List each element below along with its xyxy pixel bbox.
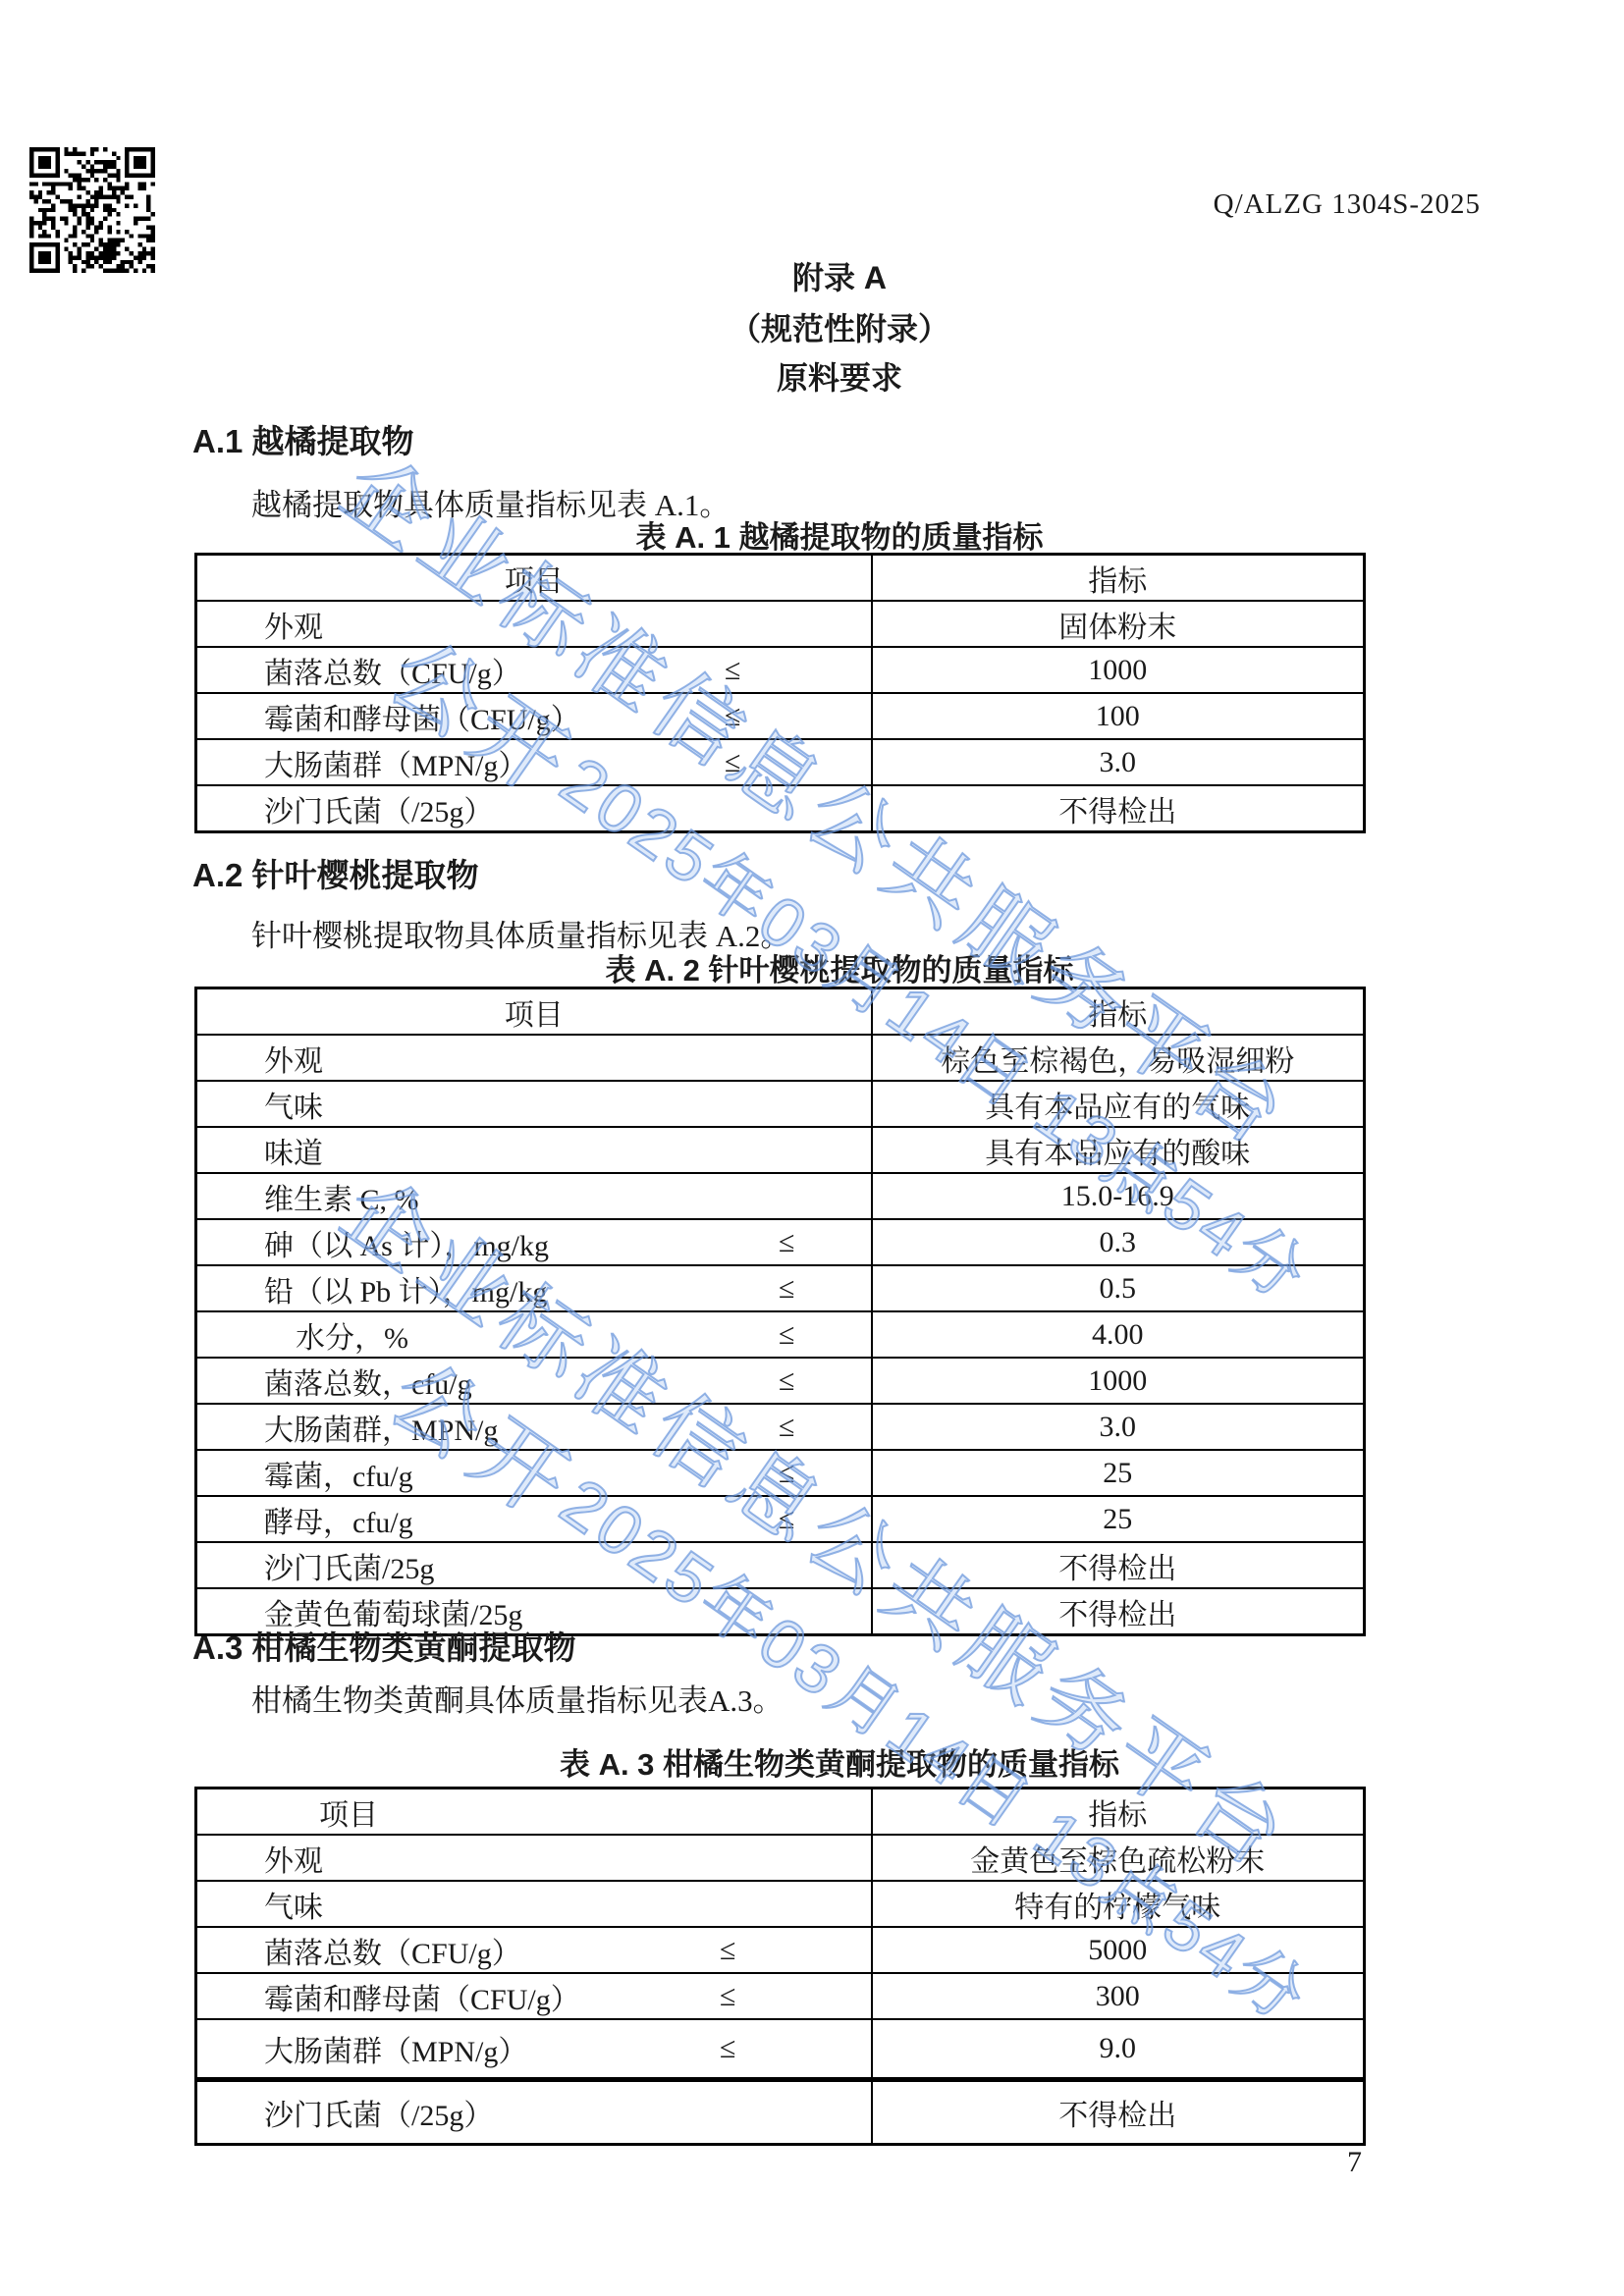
table-header-row: 项目 指标 (196, 988, 1365, 1036)
row-item: 酵母，cfu/g (197, 1498, 413, 1541)
table-row: 酵母，cfu/g≤ 25 (196, 1496, 1365, 1542)
table-row: 霉菌，cfu/g≤ 25 (196, 1450, 1365, 1496)
row-value: 100 (872, 693, 1365, 739)
table-row: 沙门氏菌/25g 不得检出 (196, 1542, 1365, 1588)
row-item: 霉菌和酵母菌（CFU/g） (197, 695, 580, 738)
table-row: 菌落总数，cfu/g≤ 1000 (196, 1358, 1365, 1404)
row-value: 0.5 (872, 1265, 1365, 1311)
document-number: Q/ALZG 1304S-2025 (1214, 188, 1481, 221)
row-item: 味道 (197, 1129, 323, 1172)
relation-symbol: ≤ (720, 1980, 735, 2013)
row-item: 外观 (197, 1037, 323, 1080)
relation-symbol: ≤ (779, 1457, 794, 1490)
page-number: 7 (1347, 2146, 1362, 2179)
row-value: 具有本品应有的酸味 (872, 1127, 1365, 1173)
table-row: 维生素 C, % 15.0-16.9 (196, 1173, 1365, 1219)
table-row: 外观 固体粉末 (196, 601, 1365, 647)
relation-symbol: ≤ (720, 1934, 735, 1967)
relation-symbol: ≤ (725, 654, 740, 687)
column-header-value: 指标 (872, 555, 1365, 602)
table-header-row: 项目 指标 (196, 1789, 1365, 1836)
row-value: 棕色至棕褐色，易吸湿细粉 (872, 1035, 1365, 1081)
row-item: 菌落总数（CFU/g） (197, 1929, 521, 1972)
table-row: 大肠菌群（MPN/g）≤ 3.0 (196, 739, 1365, 785)
row-value: 不得检出 (872, 1542, 1365, 1588)
row-value: 25 (872, 1496, 1365, 1542)
table-row: 菌落总数（CFU/g）≤ 5000 (196, 1927, 1365, 1973)
row-item: 气味 (197, 1883, 323, 1926)
row-item: 气味 (197, 1083, 323, 1126)
row-value: 3.0 (872, 1404, 1365, 1450)
row-item: 外观 (197, 603, 323, 646)
row-value: 15.0-16.9 (872, 1173, 1365, 1219)
table-row: 菌落总数（CFU/g）≤ 1000 (196, 647, 1365, 693)
table-a2: 项目 指标 外观 棕色至棕褐色，易吸湿细粉 气味 具有本品应有的气味 味道 具有… (194, 987, 1366, 1636)
table-caption-a1: 表 A. 1 越橘提取物的质量指标 (196, 512, 1483, 557)
table-caption-a2: 表 A. 2 针叶樱桃提取物的质量指标 (196, 945, 1483, 989)
row-item: 沙门氏菌/25g (197, 1544, 434, 1587)
relation-symbol: ≤ (725, 700, 740, 733)
relation-symbol: ≤ (720, 2032, 735, 2065)
row-item: 霉菌和酵母菌（CFU/g） (197, 1975, 580, 2018)
relation-symbol: ≤ (725, 746, 740, 779)
row-value: 25 (872, 1450, 1365, 1496)
row-value: 300 (872, 1973, 1365, 2019)
appendix-topic: 原料要求 (196, 353, 1483, 399)
row-item: 水分，% (197, 1313, 408, 1357)
relation-symbol: ≤ (779, 1364, 794, 1398)
row-value: 特有的柠檬气味 (872, 1881, 1365, 1927)
table-row: 外观 棕色至棕褐色，易吸湿细粉 (196, 1035, 1365, 1081)
row-item: 外观 (197, 1837, 323, 1880)
relation-symbol: ≤ (779, 1226, 794, 1259)
column-header-item: 项目 (196, 555, 872, 602)
row-value: 9.0 (872, 2019, 1365, 2080)
table-row: 大肠菌群（MPN/g）≤ 9.0 (196, 2019, 1365, 2080)
row-value: 金黄色至棕色疏松粉末 (872, 1835, 1365, 1881)
table-row: 外观 金黄色至棕色疏松粉末 (196, 1835, 1365, 1881)
table-row: 水分，%≤ 4.00 (196, 1311, 1365, 1358)
relation-symbol: ≤ (779, 1272, 794, 1306)
row-item: 霉菌，cfu/g (197, 1452, 413, 1495)
row-value: 5000 (872, 1927, 1365, 1973)
table-row: 味道 具有本品应有的酸味 (196, 1127, 1365, 1173)
qr-code (29, 147, 155, 273)
row-item: 大肠菌群（MPN/g） (197, 741, 527, 784)
table-row: 霉菌和酵母菌（CFU/g）≤ 300 (196, 1973, 1365, 2019)
table-a1: 项目 指标 外观 固体粉末 菌落总数（CFU/g）≤ 1000 霉菌和酵母菌（C… (194, 553, 1366, 833)
row-value: 不得检出 (872, 785, 1365, 832)
row-item: 大肠菌群，MPN/g (197, 1406, 498, 1449)
relation-symbol: ≤ (779, 1503, 794, 1536)
table-row: 铅（以 Pb 计），mg/kg≤ 0.5 (196, 1265, 1365, 1311)
row-item: 铅（以 Pb 计），mg/kg (197, 1267, 547, 1310)
row-item: 砷（以 As 计），mg/kg (197, 1221, 549, 1264)
row-value: 不得检出 (872, 2080, 1365, 2145)
row-value: 不得检出 (872, 1588, 1365, 1635)
section-intro-a3: 柑橘生物类黄酮具体质量指标见表A.3。 (251, 1676, 784, 1720)
table-row: 气味 特有的柠檬气味 (196, 1881, 1365, 1927)
row-value: 0.3 (872, 1219, 1365, 1265)
table-row: 大肠菌群，MPN/g≤ 3.0 (196, 1404, 1365, 1450)
row-value: 4.00 (872, 1311, 1365, 1358)
appendix-title: 附录 A (196, 253, 1483, 298)
row-item: 沙门氏菌（/25g） (197, 787, 493, 830)
row-value: 具有本品应有的气味 (872, 1081, 1365, 1127)
column-header-value: 指标 (872, 1789, 1365, 1836)
relation-symbol: ≤ (779, 1318, 794, 1352)
row-value: 固体粉末 (872, 601, 1365, 647)
column-header-item: 项目 (196, 988, 872, 1036)
table-row: 沙门氏菌（/25g） 不得检出 (196, 2080, 1365, 2145)
section-heading-a1: A.1 越橘提取物 (192, 416, 414, 462)
section-heading-a2: A.2 针叶樱桃提取物 (192, 850, 479, 896)
document-page: Q/ALZG 1304S-2025 附录 A （规范性附录） 原料要求 A.1 … (0, 0, 1624, 2296)
section-heading-a3: A.3 柑橘生物类黄酮提取物 (192, 1623, 576, 1669)
row-value: 1000 (872, 1358, 1365, 1404)
table-header-row: 项目 指标 (196, 555, 1365, 602)
row-item: 沙门氏菌（/25g） (197, 2091, 493, 2134)
table-row: 霉菌和酵母菌（CFU/g）≤ 100 (196, 693, 1365, 739)
row-value: 1000 (872, 647, 1365, 693)
row-item: 菌落总数（CFU/g） (197, 649, 521, 692)
table-caption-a3: 表 A. 3 柑橘生物类黄酮提取物的质量指标 (196, 1739, 1483, 1784)
table-a3: 项目 指标 外观 金黄色至棕色疏松粉末 气味 特有的柠檬气味 菌落总数（CFU/… (194, 1787, 1366, 2146)
appendix-subtitle: （规范性附录） (196, 304, 1483, 349)
relation-symbol: ≤ (779, 1411, 794, 1444)
column-header-value: 指标 (872, 988, 1365, 1036)
table-row: 气味 具有本品应有的气味 (196, 1081, 1365, 1127)
row-item: 维生素 C, % (197, 1175, 419, 1218)
row-item: 菌落总数，cfu/g (197, 1360, 472, 1403)
row-value: 3.0 (872, 739, 1365, 785)
column-header-item: 项目 (196, 1789, 872, 1836)
table-row: 砷（以 As 计），mg/kg≤ 0.3 (196, 1219, 1365, 1265)
table-row: 沙门氏菌（/25g） 不得检出 (196, 785, 1365, 832)
row-item: 大肠菌群（MPN/g） (197, 2027, 527, 2070)
